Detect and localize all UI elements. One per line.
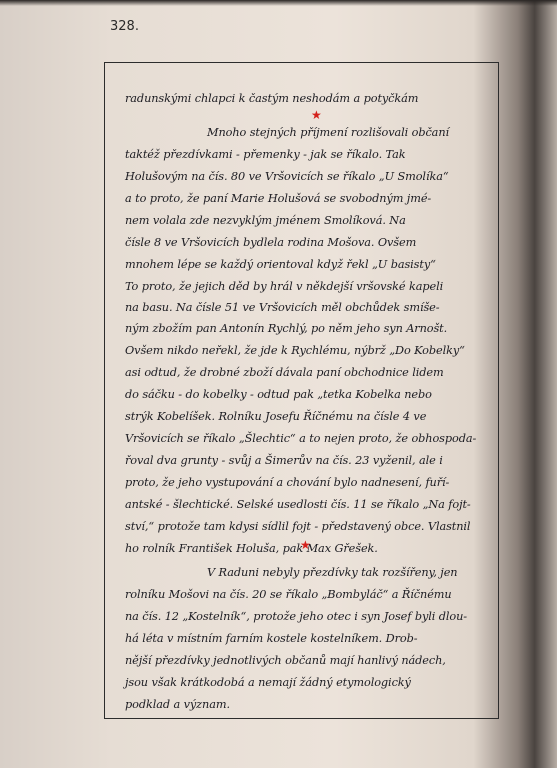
text-line: ství,“ protože tam kdysi sídlil fojt - p… [125,520,493,533]
text-line: taktéž přezdívkami - přemenky - jak se ř… [125,148,493,161]
text-line: Holušovým na čís. 80 ve Vršovicích se ří… [125,170,493,183]
text-line: antské - šlechtické. Selské usedlosti čí… [125,498,493,511]
paragraph-start: Mnoho stejných příjmení rozlišovali obča… [125,126,493,139]
page-number: 328. [110,19,139,34]
text-line: Vršovicích se říkalo „Šlechtic“ a to nej… [125,432,493,445]
text-line: há léta v místním farním kostele kosteln… [125,632,493,645]
paragraph-start: V Raduni nebyly přezdívky tak rozšířeny,… [125,566,493,579]
text-line: a to proto, že paní Marie Holušová se sv… [125,192,493,205]
star-separator-icon: ★ [311,108,322,122]
text-line: asi odtud, že drobné zboží dávala paní o… [125,366,493,379]
text-line: Ovšem nikdo neřekl, že jde k Rychlému, n… [125,344,493,357]
scan-shadow [0,0,557,6]
text-line: radunskými chlapci k častým neshodám a p… [125,92,493,105]
text-line: strýk Kobelíšek. Rolníku Josefu Říčnému … [125,410,493,423]
text-line: proto, že jeho vystupování a chování byl… [125,476,493,489]
text-line: čísle 8 ve Vršovicích bydlela rodina Moš… [125,236,493,249]
text-line: To proto, že jejich děd by hrál v někdej… [125,280,493,293]
text-line: na čís. 12 „Kostelník“, protože jeho ote… [125,610,493,623]
text-line: rolníku Mošovi na čís. 20 se říkalo „Bom… [125,588,493,601]
text-line: jsou však krátkodobá a nemají žádný etym… [125,676,493,689]
text-line: řoval dva grunty - svůj a Šimerův na čís… [125,454,493,467]
text-line: ným zbožím pan Antonín Rychlý, po něm je… [125,322,493,335]
text-line: podklad a význam. [125,698,493,711]
text-line: na basu. Na čísle 51 ve Vršovicích měl o… [125,301,493,314]
text-line: mnohem lépe se každý orientoval když řek… [125,258,493,271]
text-line: nem volala zde nezvyklým jménem Smolíkov… [125,214,493,227]
text-line: do sáčku - do kobelky - odtud pak „tetka… [125,388,493,401]
text-line: nější přezdívky jednotlivých občanů mají… [125,654,493,667]
star-separator-icon: ★ [300,538,311,552]
